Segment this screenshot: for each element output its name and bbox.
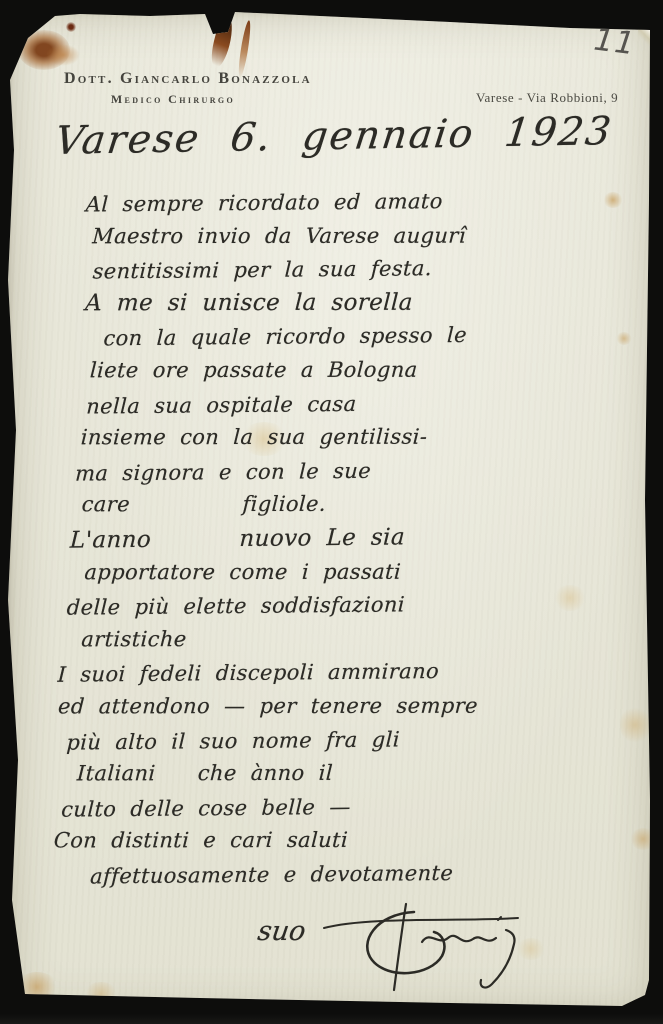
stain-top-left-light (46, 44, 80, 66)
signature-prefix: suo (256, 916, 308, 947)
scan-edge-shadow (0, 1014, 663, 1024)
torn-flap-stain (208, 15, 236, 69)
handwritten-line: insieme con la sua gentilissi- (80, 420, 656, 455)
handwritten-line: ma signora e con le sue (74, 452, 654, 491)
handwritten-line: ed attendono — per tenere sempre (57, 689, 643, 724)
handwritten-dateline: Varese 6. gennaio 1923 (53, 109, 616, 164)
handwritten-line: Italiani che ànno il (76, 756, 640, 791)
handwritten-line: L'anno nuovo Le sia (69, 519, 651, 558)
foxing-spot-bottom-left (84, 982, 118, 1006)
stain-top-left-rust (18, 30, 70, 70)
handwritten-line: care figliole. (81, 488, 653, 523)
handwritten-line: I suoi fedeli discepoli ammirano (57, 653, 645, 692)
scanned-letter-page: 11 Dott. Giancarlo Bonazzola Medico Chir… (0, 0, 663, 1024)
handwritten-body: Al sempre ricordato ed amatoMaestro invi… (0, 184, 663, 893)
letter-paper-sheet: 11 Dott. Giancarlo Bonazzola Medico Chir… (8, 10, 656, 1016)
letterhead-profession: Medico Chirurgo (64, 92, 282, 107)
handwritten-line: delle più elette soddisfazioni (66, 586, 648, 625)
handwritten-line: Maestro invio da Varese augurî (91, 219, 663, 254)
handwritten-line: sentitissimi per la sua festa. (92, 250, 663, 289)
handwritten-line: apportatore come i passati (84, 555, 650, 590)
handwritten-line: più alto il suo nome fra gli (66, 721, 642, 760)
stain-top-left-dot (66, 22, 76, 32)
handwritten-line: nella sua ospitale casa (86, 385, 658, 424)
handwritten-line: culto delle cose belle — (61, 788, 639, 827)
letterhead-doctor-name: Dott. Giancarlo Bonazzola (64, 70, 312, 88)
handwritten-line: Con distinti e cari saluti (53, 824, 637, 859)
handwritten-line: affettuosamente e devotamente (89, 855, 635, 894)
letterhead-address: Varese - Via Robbioni, 9 (476, 90, 618, 106)
pencil-page-number: 11 (592, 22, 638, 63)
handwritten-line: con la quale ricordo spesso le (103, 317, 661, 356)
signature-block: suo (258, 898, 545, 998)
handwritten-line: liete ore passate a Bologna (89, 353, 659, 388)
signature-flourish (310, 898, 545, 998)
foxing-spot-bottom-left (16, 972, 58, 1002)
top-right-corner-chip (638, 24, 663, 48)
handwritten-line: artistiche (80, 622, 646, 657)
handwritten-line: Al sempre ricordato ed amato (85, 183, 663, 222)
handwritten-line: A me si unisce la sorella (84, 286, 662, 321)
